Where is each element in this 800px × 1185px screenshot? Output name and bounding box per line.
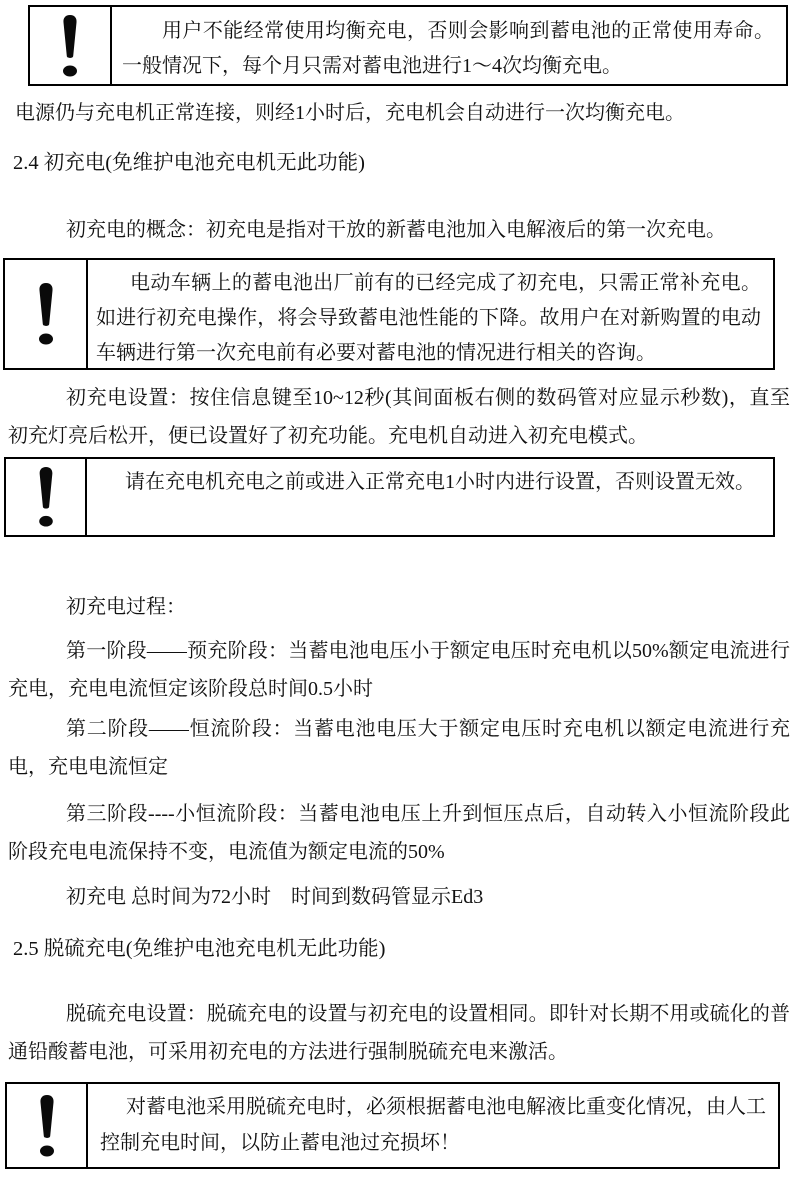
- para-desulfation-setting: 脱硫充电设置：脱硫充电的设置与初充电的设置相同。即针对长期不用或硫化的普通铅酸蓄…: [8, 995, 790, 1071]
- para-initial-charge-concept: 初充电的概念：初充电是指对干放的新蓄电池加入电解液后的第一次充电。: [8, 211, 790, 249]
- warning-icon-cell: [7, 1084, 88, 1167]
- warning-box-desulfation-manual-control: 对蓄电池采用脱硫充电时，必须根据蓄电池电解液比重变化情况，由人工控制充电时间，以…: [5, 1082, 780, 1169]
- para-stage-2-constant-current: 第二阶段——恒流阶段：当蓄电池电压大于额定电压时充电机以额定电流进行充电，充电电…: [8, 710, 790, 786]
- warning-box-factory-charged: 电动车辆上的蓄电池出厂前有的已经完成了初充电，只需正常补充电。如进行初充电操作，…: [3, 258, 775, 370]
- exclamation-icon: [33, 466, 59, 528]
- warning-box-equalize-frequency: 用户不能经常使用均衡充电，否则会影响到蓄电池的正常使用寿命。一般情况下，每个月只…: [28, 5, 788, 86]
- exclamation-icon: [33, 282, 59, 346]
- warning-icon-cell: [6, 459, 87, 535]
- manual-page: 用户不能经常使用均衡充电，否则会影响到蓄电池的正常使用寿命。一般情况下，每个月只…: [0, 0, 800, 1185]
- warning-text: 电动车辆上的蓄电池出厂前有的已经完成了初充电，只需正常补充电。如进行初充电操作，…: [88, 260, 773, 368]
- para-total-time: 初充电 总时间为72小时 时间到数码管显示Ed3: [8, 878, 790, 916]
- warning-box-setting-time-limit: 请在充电机充电之前或进入正常充电1小时内进行设置，否则设置无效。: [4, 457, 775, 537]
- warning-text: 用户不能经常使用均衡充电，否则会影响到蓄电池的正常使用寿命。一般情况下，每个月只…: [112, 7, 786, 84]
- heading-2-5-desulfation-charge: 2.5 脱硫充电(免维护电池充电机无此功能): [13, 930, 790, 968]
- warning-icon-cell: [30, 7, 112, 84]
- para-auto-equalize: 电源仍与充电机正常连接，则经1小时后，充电机会自动进行一次均衡充电。: [15, 94, 790, 132]
- para-stage-3-small-constant-current: 第三阶段----小恒流阶段：当蓄电池电压上升到恒压点后，自动转入小恒流阶段此阶段…: [8, 795, 790, 871]
- para-stage-1-precharge: 第一阶段——预充阶段：当蓄电池电压小于额定电压时充电机以50%额定电流进行充电，…: [8, 632, 790, 708]
- para-initial-charge-setting: 初充电设置：按住信息键至10~12秒(其间面板右侧的数码管对应显示秒数)，直至初…: [8, 379, 790, 455]
- warning-text: 对蓄电池采用脱硫充电时，必须根据蓄电池电解液比重变化情况，由人工控制充电时间，以…: [88, 1084, 778, 1167]
- heading-2-4-initial-charge: 2.4 初充电(免维护电池充电机无此功能): [13, 144, 790, 182]
- exclamation-icon: [34, 1094, 60, 1158]
- warning-text: 请在充电机充电之前或进入正常充电1小时内进行设置，否则设置无效。: [87, 459, 773, 535]
- para-process-title: 初充电过程：: [8, 588, 790, 626]
- exclamation-icon: [57, 14, 83, 78]
- warning-icon-cell: [5, 260, 88, 368]
